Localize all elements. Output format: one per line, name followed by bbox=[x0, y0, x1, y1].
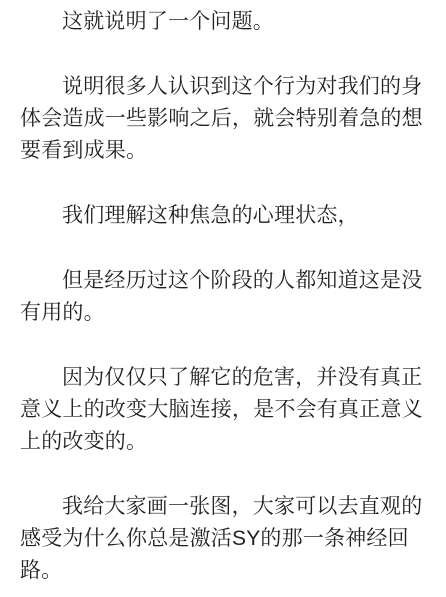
paragraph-2: 说明很多人认识到这个行为对我们的身 体会造成一些影响之后，就会特别着急的想 要看… bbox=[20, 71, 432, 167]
paragraph-1: 这就说明了一个问题。 bbox=[20, 6, 432, 38]
article-page: 这就说明了一个问题。 说明很多人认识到这个行为对我们的身 体会造成一些影响之后，… bbox=[0, 0, 446, 597]
paragraph-4: 但是经历过这个阶段的人都知道这是没 有用的。 bbox=[20, 265, 432, 329]
paragraph-5: 因为仅仅只了解它的危害，并没有真正 意义上的改变大脑连接，是不会有真正意义 上的… bbox=[20, 362, 432, 458]
paragraph-6: 我给大家画一张图，大家可以去直观的 感受为什么你总是激活SY的那一条神经回 路。 bbox=[20, 491, 432, 587]
paragraph-3: 我们理解这种焦急的心理状态， bbox=[20, 200, 432, 232]
